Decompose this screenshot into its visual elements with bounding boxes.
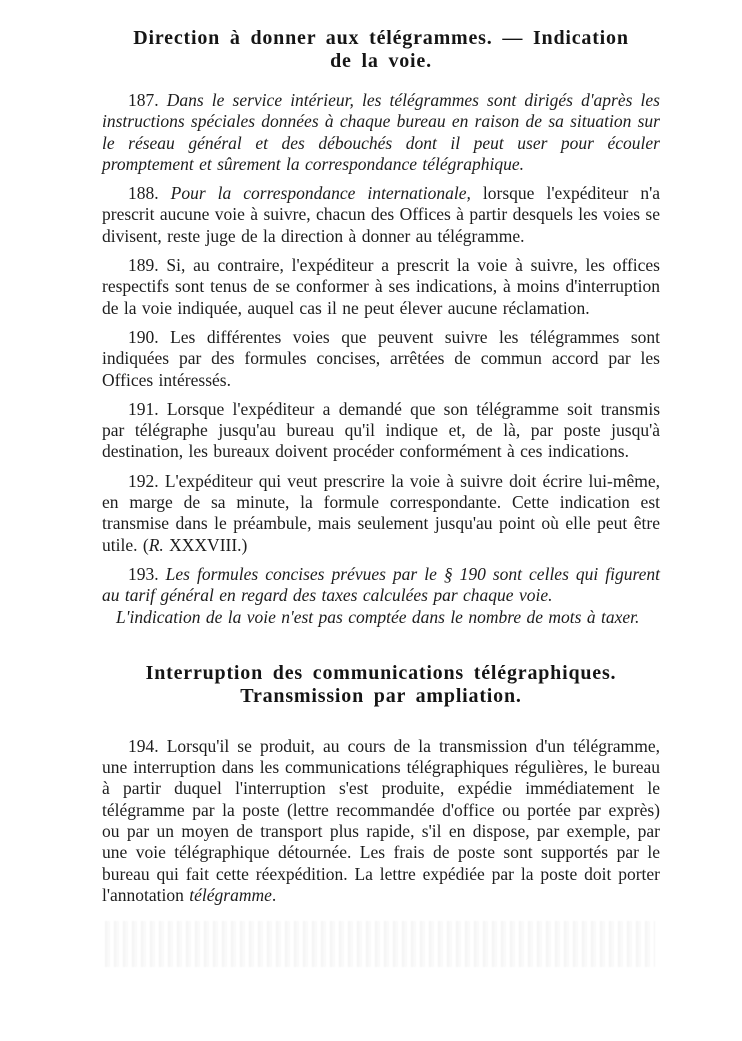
paragraph-189: 189. Si, au contraire, l'expéditeur a pr… <box>102 255 660 319</box>
paragraph-192: 192. L'expéditeur qui veut prescrire la … <box>102 471 660 556</box>
text-segment: 190. Les différentes voies que peuvent s… <box>102 327 660 390</box>
text-segment: R. <box>149 535 164 555</box>
text-segment: . <box>272 885 276 905</box>
text-segment: Pour la correspondance internationale, <box>171 183 471 203</box>
paragraph-188: 188. Pour la correspondance internationa… <box>102 183 660 247</box>
page-showthrough-artifact <box>105 921 655 967</box>
text-column: Direction à donner aux télégrammes. — In… <box>102 0 660 914</box>
text-segment: Dans le service intérieur, les télégramm… <box>102 90 660 174</box>
text-segment: 189. Si, au contraire, l'expéditeur a pr… <box>102 255 660 318</box>
section-heading-interruption: Interruption des communications télégrap… <box>102 662 660 708</box>
paragraph-191: 191. Lorsque l'expéditeur a demandé que … <box>102 399 660 463</box>
paragraph-193: 193. Les formules concises prévues par l… <box>102 564 660 607</box>
paragraph-190: 190. Les différentes voies que peuvent s… <box>102 327 660 391</box>
paragraph-194: 194. Lorsqu'il se produit, au cours de l… <box>102 736 660 906</box>
paragraph-187: 187. Dans le service intérieur, les télé… <box>102 90 660 175</box>
text-segment: 188. <box>128 183 171 203</box>
text-segment: télégramme <box>189 885 272 905</box>
text-segment: L'indication de la voie n'est pas compté… <box>116 607 639 627</box>
text-segment: Les formules concises prévues par le § 1… <box>102 564 660 605</box>
text-segment: 191. Lorsque l'expéditeur a demandé que … <box>102 399 660 462</box>
document-page: Direction à donner aux télégrammes. — In… <box>0 0 742 1041</box>
text-segment: XXXVIII.) <box>164 535 248 555</box>
section-heading-direction: Direction à donner aux télégrammes. — In… <box>102 27 660 73</box>
text-segment: 187. <box>128 90 167 110</box>
text-segment: 193. <box>128 564 166 584</box>
paragraph-193-continuation: L'indication de la voie n'est pas compté… <box>102 607 660 628</box>
text-segment: 194. Lorsqu'il se produit, au cours de l… <box>102 736 660 905</box>
